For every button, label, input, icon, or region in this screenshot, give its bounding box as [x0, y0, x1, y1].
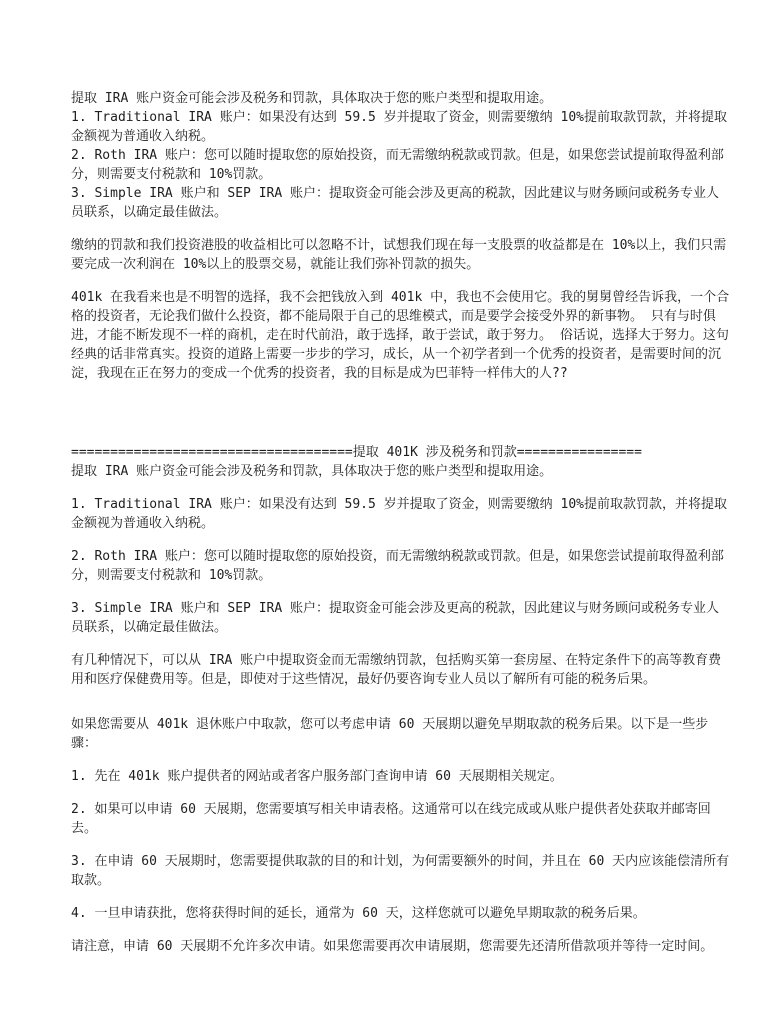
section3-step-3: 3. 在申请 60 天展期时，您需要提供取款的目的和计划，为何需要额外的时间，并…: [71, 852, 731, 890]
section1-item-simple-sep-ira: 3. Simple IRA 账户和 SEP IRA 账户：提取资金可能会涉及更高…: [71, 184, 731, 222]
section3-step-4: 4. 一旦申请获批，您将获得时间的延长，通常为 60 天，这样您就可以避免早期取…: [71, 904, 731, 923]
spacer: [71, 890, 731, 904]
spacer: [71, 585, 731, 599]
document-page: 提取 IRA 账户资金可能会涉及税务和罚款，具体取决于您的账户类型和提取用途。 …: [71, 89, 731, 956]
spacer: [71, 753, 731, 767]
spacer: [71, 383, 731, 443]
section2-exceptions-paragraph: 有几种情况下，可以从 IRA 账户中提取资金而无需缴纳罚款，包括购买第一套房屋、…: [71, 651, 731, 689]
spacer: [71, 923, 731, 937]
spacer: [71, 274, 731, 288]
section2-item-traditional-ira: 1. Traditional IRA 账户：如果没有达到 59.5 岁并提取了资…: [71, 495, 731, 533]
commentary-401k-paragraph: 401k 在我看来也是不明智的选择，我不会把钱放入到 401k 中，我也不会使用…: [71, 288, 731, 383]
section2-item-simple-sep-ira: 3. Simple IRA 账户和 SEP IRA 账户：提取资金可能会涉及更高…: [71, 599, 731, 637]
section2-item-roth-ira: 2. Roth IRA 账户：您可以随时提取您的原始投资，而无需缴纳税款或罚款。…: [71, 547, 731, 585]
commentary-penalty-paragraph: 缴纳的罚款和我们投资港股的收益相比可以忽略不计，试想我们现在每一支股票的收益都是…: [71, 236, 731, 274]
spacer: [71, 838, 731, 852]
spacer: [71, 689, 731, 715]
spacer: [71, 533, 731, 547]
section3-note: 请注意，申请 60 天展期不允许多次申请。如果您需要再次申请展期，您需要先还清所…: [71, 937, 731, 956]
spacer: [71, 786, 731, 800]
section1-item-roth-ira: 2. Roth IRA 账户：您可以随时提取您的原始投资，而无需缴纳税款或罚款。…: [71, 146, 731, 184]
section-divider-heading: ====================================提取 4…: [71, 443, 731, 462]
spacer: [71, 637, 731, 651]
section1-item-traditional-ira: 1. Traditional IRA 账户：如果没有达到 59.5 岁并提取了资…: [71, 108, 731, 146]
section3-step-1: 1. 先在 401k 账户提供者的网站或者客户服务部门查询申请 60 天展期相关…: [71, 767, 731, 786]
section3-step-2: 2. 如果可以申请 60 天展期，您需要填写相关申请表格。这通常可以在线完成或从…: [71, 800, 731, 838]
spacer: [71, 481, 731, 495]
spacer: [71, 222, 731, 236]
section1-intro: 提取 IRA 账户资金可能会涉及税务和罚款，具体取决于您的账户类型和提取用途。: [71, 89, 731, 108]
section3-intro: 如果您需要从 401k 退休账户中取款，您可以考虑申请 60 天展期以避免早期取…: [71, 715, 731, 753]
section2-intro: 提取 IRA 账户资金可能会涉及税务和罚款，具体取决于您的账户类型和提取用途。: [71, 462, 731, 481]
